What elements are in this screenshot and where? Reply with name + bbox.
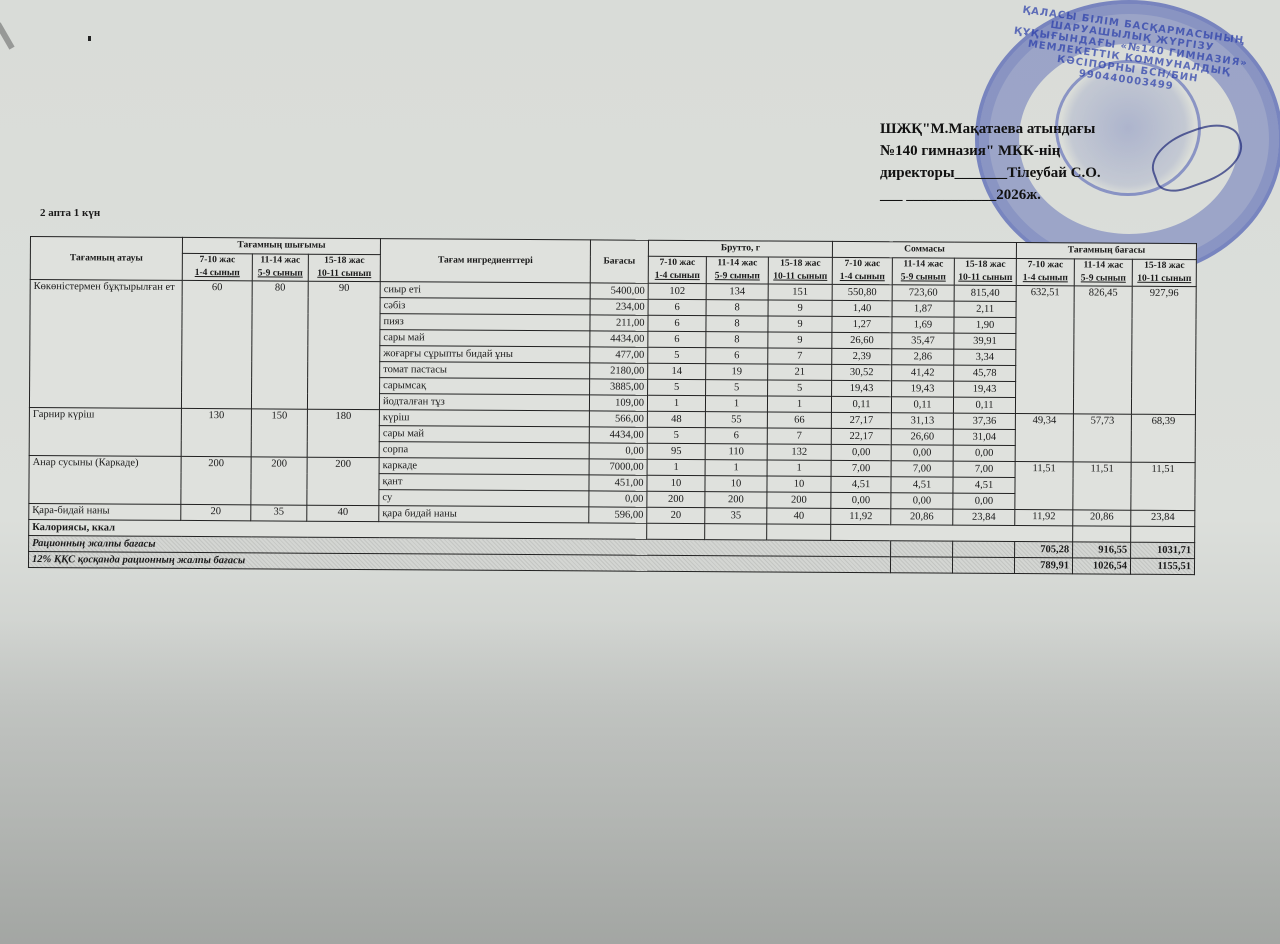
ingredient-price: 2180,00 — [590, 363, 648, 379]
ingredient-brutto: 1 — [767, 460, 831, 476]
header-age-group: 7-10 жас1-4 сынып — [832, 257, 892, 284]
header-age-group: 15-18 жас10-11 сынып — [308, 254, 380, 281]
ingredient-sum: 7,00 — [831, 460, 891, 476]
ingredient-name: жоғарғы сұрыпты бидай ұны — [380, 346, 590, 363]
total-empty — [891, 541, 953, 557]
ingredient-brutto: 5 — [648, 379, 706, 395]
ingredient-price: 477,00 — [590, 347, 648, 363]
ingredient-brutto: 9 — [768, 316, 832, 332]
ingredient-price: 7000,00 — [589, 459, 647, 475]
ingredient-sum: 1,27 — [832, 316, 892, 332]
dish-yield: 200 — [307, 457, 379, 505]
ingredient-brutto: 35 — [705, 508, 767, 524]
ingredient-sum: 31,04 — [953, 429, 1015, 445]
week-day-label: 2 апта 1 күн — [40, 207, 100, 219]
header-age-group: 7-10 жас1-4 сынып — [1016, 259, 1074, 286]
calories-cell — [1073, 526, 1131, 542]
dish-price: 826,45 — [1073, 286, 1132, 414]
ingredient-brutto: 134 — [706, 284, 768, 300]
header-age-group: 15-18 жас10-11 сынып — [768, 257, 832, 284]
ingredient-name: пияз — [380, 314, 590, 331]
ingredient-price: 234,00 — [590, 299, 648, 315]
ingredient-brutto: 40 — [767, 508, 831, 524]
ingredient-sum: 31,13 — [891, 413, 953, 429]
ingredient-sum: 1,40 — [832, 300, 892, 316]
ingredient-name: қара бидай наны — [379, 506, 589, 523]
ingredient-brutto: 132 — [767, 444, 831, 460]
ingredient-sum: 4,51 — [953, 477, 1015, 493]
dish-yield: 35 — [251, 505, 307, 521]
ingredient-brutto: 14 — [648, 363, 706, 379]
ingredient-brutto: 10 — [705, 476, 767, 492]
ingredient-price: 0,00 — [589, 491, 647, 507]
dish-price: 11,92 — [1015, 510, 1073, 526]
header-age-group: 15-18 жас10-11 сынып — [954, 258, 1016, 285]
ingredient-sum: 0,00 — [831, 492, 891, 508]
menu-table: Тағамның атауыТағамның шығымыТағам ингре… — [28, 236, 1197, 575]
ingredient-name: томат пастасы — [380, 362, 590, 379]
ingredient-brutto: 1 — [767, 396, 831, 412]
header-dish-name: Тағамның атауы — [30, 237, 182, 281]
dish-name: Анар сусыны (Каркаде) — [29, 455, 181, 504]
ingredient-sum: 41,42 — [892, 365, 954, 381]
ingredient-sum: 0,00 — [891, 445, 953, 461]
ingredient-sum: 0,11 — [891, 397, 953, 413]
header-brutto: Брутто, г — [648, 240, 832, 257]
ingredient-brutto: 10 — [767, 476, 831, 492]
ingredient-brutto: 5 — [648, 347, 706, 363]
header-yield: Тағамның шығымы — [182, 237, 380, 254]
ingredient-brutto: 5 — [768, 380, 832, 396]
ingredient-sum: 0,00 — [953, 493, 1015, 509]
ingredient-price: 566,00 — [589, 411, 647, 427]
ingredient-sum: 4,51 — [891, 477, 953, 493]
ingredient-name: сары май — [380, 330, 590, 347]
ingredient-name: қант — [379, 474, 589, 491]
vat-total-empty — [952, 557, 1014, 573]
ingredient-name: сары май — [379, 426, 589, 443]
dish-yield: 60 — [181, 280, 252, 408]
header-sum: Соммасы — [832, 241, 1016, 258]
dish-yield: 40 — [307, 505, 379, 521]
ingredient-brutto: 8 — [706, 316, 768, 332]
ingredient-brutto: 6 — [648, 299, 706, 315]
dish-price: 49,34 — [1015, 414, 1073, 462]
dish-yield: 180 — [307, 409, 379, 457]
ingredient-brutto: 6 — [648, 315, 706, 331]
ingredient-sum: 19,43 — [954, 381, 1016, 397]
dish-yield: 80 — [251, 281, 308, 409]
calories-empty — [831, 524, 1073, 541]
ingredient-name: каркаде — [379, 458, 589, 475]
ingredient-price: 211,00 — [590, 315, 648, 331]
ingredient-brutto: 10 — [647, 475, 705, 491]
ingredient-brutto: 9 — [768, 300, 832, 316]
ingredient-brutto: 1 — [705, 396, 767, 412]
ingredient-sum: 4,51 — [831, 476, 891, 492]
ingredient-price: 596,00 — [589, 507, 647, 523]
ingredient-sum: 0,00 — [891, 493, 953, 509]
ingredient-brutto: 20 — [647, 507, 705, 523]
ingredient-brutto: 7 — [767, 428, 831, 444]
ingredient-brutto: 5 — [706, 380, 768, 396]
ingredient-brutto: 6 — [705, 428, 767, 444]
ingredient-price: 5400,00 — [590, 283, 648, 299]
header-price: Бағасы — [590, 240, 648, 283]
ingredient-brutto: 1 — [705, 460, 767, 476]
ingredient-name: сиыр еті — [380, 282, 590, 299]
ingredient-name: йодталған тұз — [379, 394, 589, 411]
ingredient-brutto: 110 — [705, 444, 767, 460]
ingredient-price: 3885,00 — [590, 379, 648, 395]
ingredient-brutto: 8 — [706, 300, 768, 316]
dish-yield: 130 — [181, 408, 251, 456]
ingredient-sum: 1,69 — [892, 317, 954, 333]
ingredient-brutto: 102 — [648, 283, 706, 299]
dish-price: 11,51 — [1015, 462, 1073, 510]
header-ingredients: Тағам ингредиенттері — [380, 239, 590, 283]
dish-price: 11,51 — [1131, 462, 1195, 510]
ingredient-sum: 0,00 — [831, 444, 891, 460]
dish-name: Қара-бидай наны — [29, 503, 181, 520]
dish-price: 68,39 — [1131, 414, 1195, 462]
total-value: 705,28 — [1015, 542, 1073, 558]
ingredient-sum: 723,60 — [892, 285, 954, 301]
calories-cell — [1131, 526, 1195, 542]
header-age-group: 15-18 жас10-11 сынып — [1132, 259, 1196, 286]
approval-line-2: №140 гимназия" МКК-нің — [880, 140, 1101, 162]
ingredient-sum: 19,43 — [892, 381, 954, 397]
ingredient-sum: 45,78 — [954, 365, 1016, 381]
ingredient-brutto: 151 — [768, 284, 832, 300]
ingredient-sum: 26,60 — [832, 332, 892, 348]
ingredient-sum: 0,00 — [953, 445, 1015, 461]
ingredient-brutto: 200 — [647, 491, 705, 507]
ingredient-name: күріш — [379, 410, 589, 427]
ingredient-sum: 27,17 — [831, 412, 891, 428]
header-age-group: 11-14 жас5-9 сынып — [706, 257, 768, 284]
total-empty — [953, 541, 1015, 557]
dish-price: 927,96 — [1131, 286, 1196, 414]
vat-total-empty — [890, 557, 952, 573]
calories-brutto-cell — [767, 524, 831, 540]
total-value: 1031,71 — [1131, 542, 1195, 558]
ingredient-sum: 39,91 — [954, 333, 1016, 349]
dish-price: 57,73 — [1073, 414, 1131, 462]
ingredient-sum: 3,34 — [954, 349, 1016, 365]
ingredient-sum: 550,80 — [832, 284, 892, 300]
ingredient-brutto: 200 — [767, 492, 831, 508]
approval-line-3: директоры_______Тілеубай С.О. — [880, 162, 1101, 184]
ingredient-brutto: 48 — [647, 411, 705, 427]
ingredient-brutto: 6 — [648, 331, 706, 347]
photo-shadow — [0, 620, 1280, 944]
ingredient-sum: 2,39 — [832, 348, 892, 364]
ingredient-price: 0,00 — [589, 443, 647, 459]
ingredient-sum: 0,11 — [953, 397, 1015, 413]
ingredient-brutto: 19 — [706, 364, 768, 380]
ingredient-brutto: 1 — [647, 459, 705, 475]
ingredient-sum: 26,60 — [891, 429, 953, 445]
dish-price: 20,86 — [1073, 510, 1131, 526]
ingredient-brutto: 5 — [647, 427, 705, 443]
ingredient-sum: 20,86 — [891, 509, 953, 525]
ingredient-sum: 22,17 — [831, 428, 891, 444]
ingredient-sum: 0,11 — [831, 396, 891, 412]
ingredient-brutto: 66 — [767, 412, 831, 428]
dish-price: 632,51 — [1015, 286, 1074, 414]
dish-yield: 90 — [307, 281, 380, 409]
dish-yield: 20 — [181, 504, 251, 520]
approval-line-1: ШЖҚ"М.Мақатаева атындағы — [880, 118, 1101, 140]
ingredient-brutto: 9 — [768, 332, 832, 348]
ingredient-brutto: 95 — [647, 443, 705, 459]
ingredient-sum: 30,52 — [832, 364, 892, 380]
ingredient-price: 109,00 — [589, 395, 647, 411]
paper-mark — [0, 22, 15, 49]
dish-yield: 150 — [251, 409, 307, 457]
paper-dot — [88, 36, 91, 41]
ingredient-brutto: 200 — [705, 492, 767, 508]
ingredient-name: сарымсақ — [380, 378, 590, 395]
header-age-group: 11-14 жас5-9 сынып — [252, 254, 308, 281]
dish-price: 23,84 — [1131, 510, 1195, 526]
ingredient-brutto: 55 — [705, 412, 767, 428]
calories-brutto-cell — [705, 524, 767, 540]
vat-total-value: 1155,51 — [1131, 558, 1195, 574]
ingredient-price: 451,00 — [589, 475, 647, 491]
dish-yield: 200 — [251, 457, 307, 505]
ingredient-sum: 23,84 — [953, 509, 1015, 525]
vat-total-value: 1026,54 — [1073, 558, 1131, 574]
header-age-group: 11-14 жас5-9 сынып — [1074, 259, 1132, 286]
ingredient-sum: 7,00 — [891, 461, 953, 477]
ingredient-sum: 19,43 — [832, 380, 892, 396]
ingredient-sum: 1,87 — [892, 301, 954, 317]
ingredient-sum: 815,40 — [954, 285, 1016, 301]
ingredient-sum: 1,90 — [954, 317, 1016, 333]
ingredient-name: сорпа — [379, 442, 589, 459]
vat-total-value: 789,91 — [1015, 558, 1073, 574]
ingredient-brutto: 8 — [706, 332, 768, 348]
header-dish-price: Тағамның бағасы — [1016, 243, 1196, 260]
ingredient-price: 4434,00 — [590, 331, 648, 347]
ingredient-sum: 2,86 — [892, 349, 954, 365]
ingredient-name: су — [379, 490, 589, 507]
dish-price: 11,51 — [1073, 462, 1131, 510]
approval-line-4: ___ ____________2026ж. — [880, 184, 1101, 206]
total-value: 916,55 — [1073, 542, 1131, 558]
calories-brutto-cell — [647, 523, 705, 539]
ingredient-brutto: 7 — [768, 348, 832, 364]
ingredient-brutto: 6 — [706, 348, 768, 364]
header-age-group: 7-10 жас1-4 сынып — [182, 253, 252, 280]
ingredient-name: сәбіз — [380, 298, 590, 315]
ingredient-brutto: 21 — [768, 364, 832, 380]
ingredient-brutto: 1 — [647, 395, 705, 411]
ingredient-sum: 11,92 — [831, 508, 891, 524]
ingredient-sum: 37,36 — [953, 413, 1015, 429]
dish-yield: 200 — [181, 456, 251, 504]
dish-name: Көкөністермен бұқтырылған ет — [29, 280, 182, 409]
dish-name: Гарнир күріш — [29, 407, 181, 456]
ingredient-price: 4434,00 — [589, 427, 647, 443]
approval-block: ШЖҚ"М.Мақатаева атындағы №140 гимназия" … — [880, 118, 1101, 206]
ingredient-sum: 2,11 — [954, 301, 1016, 317]
ingredient-sum: 35,47 — [892, 333, 954, 349]
header-age-group: 11-14 жас5-9 сынып — [892, 258, 954, 285]
header-age-group: 7-10 жас1-4 сынып — [648, 256, 706, 283]
ingredient-sum: 7,00 — [953, 461, 1015, 477]
